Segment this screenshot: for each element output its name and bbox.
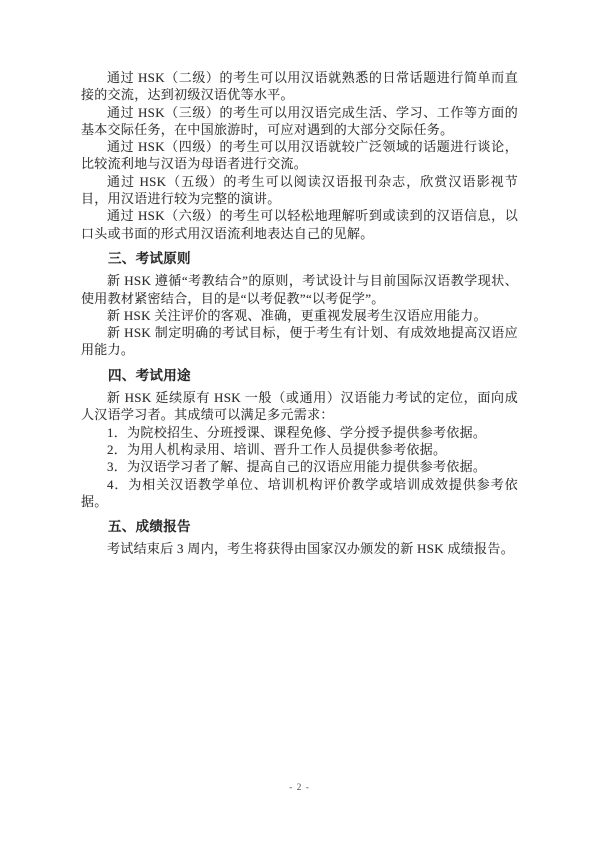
paragraph-hsk-level4: 通过 HSK（四级）的考生可以用汉语就较广泛领域的话题进行谈论，比较流利地与汉语… [81, 138, 518, 173]
paragraph-uses-intro: 新 HSK 延续原有 HSK 一般（或通用）汉语能力考试的定位，面向成人汉语学习… [81, 389, 518, 424]
paragraph-principles-3: 新 HSK 制定明确的考试目标，便于考生有计划、有成效地提高汉语应用能力。 [81, 324, 518, 359]
list-item-3: 3．为汉语学习者了解、提高自己的汉语应用能力提供参考依据。 [81, 458, 518, 475]
list-item-4: 4．为相关汉语教学单位、培训机构评价教学或培训成效提供参考依据。 [81, 476, 518, 511]
paragraph-principles-1: 新 HSK 遵循“考教结合”的原则，考试设计与目前国际汉语教学现状、使用教材紧密… [81, 272, 518, 307]
paragraph-hsk-level6: 通过 HSK（六级）的考生可以轻松地理解听到或读到的汉语信息，以口头或书面的形式… [81, 207, 518, 242]
paragraph-principles-2: 新 HSK 关注评价的客观、准确，更重视发展考生汉语应用能力。 [81, 307, 518, 324]
paragraph-hsk-level5: 通过 HSK（五级）的考生可以阅读汉语报刊杂志，欣赏汉语影视节目，用汉语进行较为… [81, 173, 518, 208]
document-body: 通过 HSK（二级）的考生可以用汉语就熟悉的日常话题进行简单而直接的交流，达到初… [81, 69, 518, 558]
section-heading-exam-principles: 三、考试原则 [81, 250, 518, 267]
section-heading-score-report: 五、成绩报告 [81, 518, 518, 535]
page-number: - 2 - [0, 782, 599, 794]
list-item-2: 2．为用人机构录用、培训、晋升工作人员提供参考依据。 [81, 441, 518, 458]
paragraph-hsk-level2: 通过 HSK（二级）的考生可以用汉语就熟悉的日常话题进行简单而直接的交流，达到初… [81, 69, 518, 104]
list-item-1: 1．为院校招生、分班授课、课程免修、学分授予提供参考依据。 [81, 424, 518, 441]
section-heading-exam-uses: 四、考试用途 [81, 367, 518, 384]
document-page: 通过 HSK（二级）的考生可以用汉语就熟悉的日常话题进行简单而直接的交流，达到初… [0, 0, 599, 848]
paragraph-score-report: 考试结束后 3 周内，考生将获得由国家汉办颁发的新 HSK 成绩报告。 [81, 540, 518, 557]
paragraph-hsk-level3: 通过 HSK（三级）的考生可以用汉语完成生活、学习、工作等方面的基本交际任务，在… [81, 104, 518, 139]
